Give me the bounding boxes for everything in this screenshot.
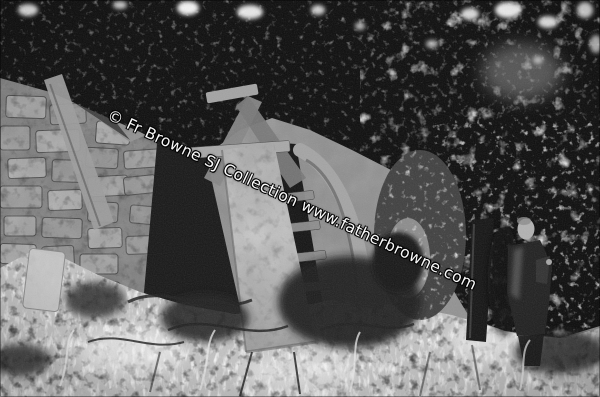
photograph: © Fr Browne SJ Collection www.fatherbrow…	[0, 0, 600, 397]
vignette	[0, 0, 600, 397]
photo-scene	[0, 0, 600, 397]
